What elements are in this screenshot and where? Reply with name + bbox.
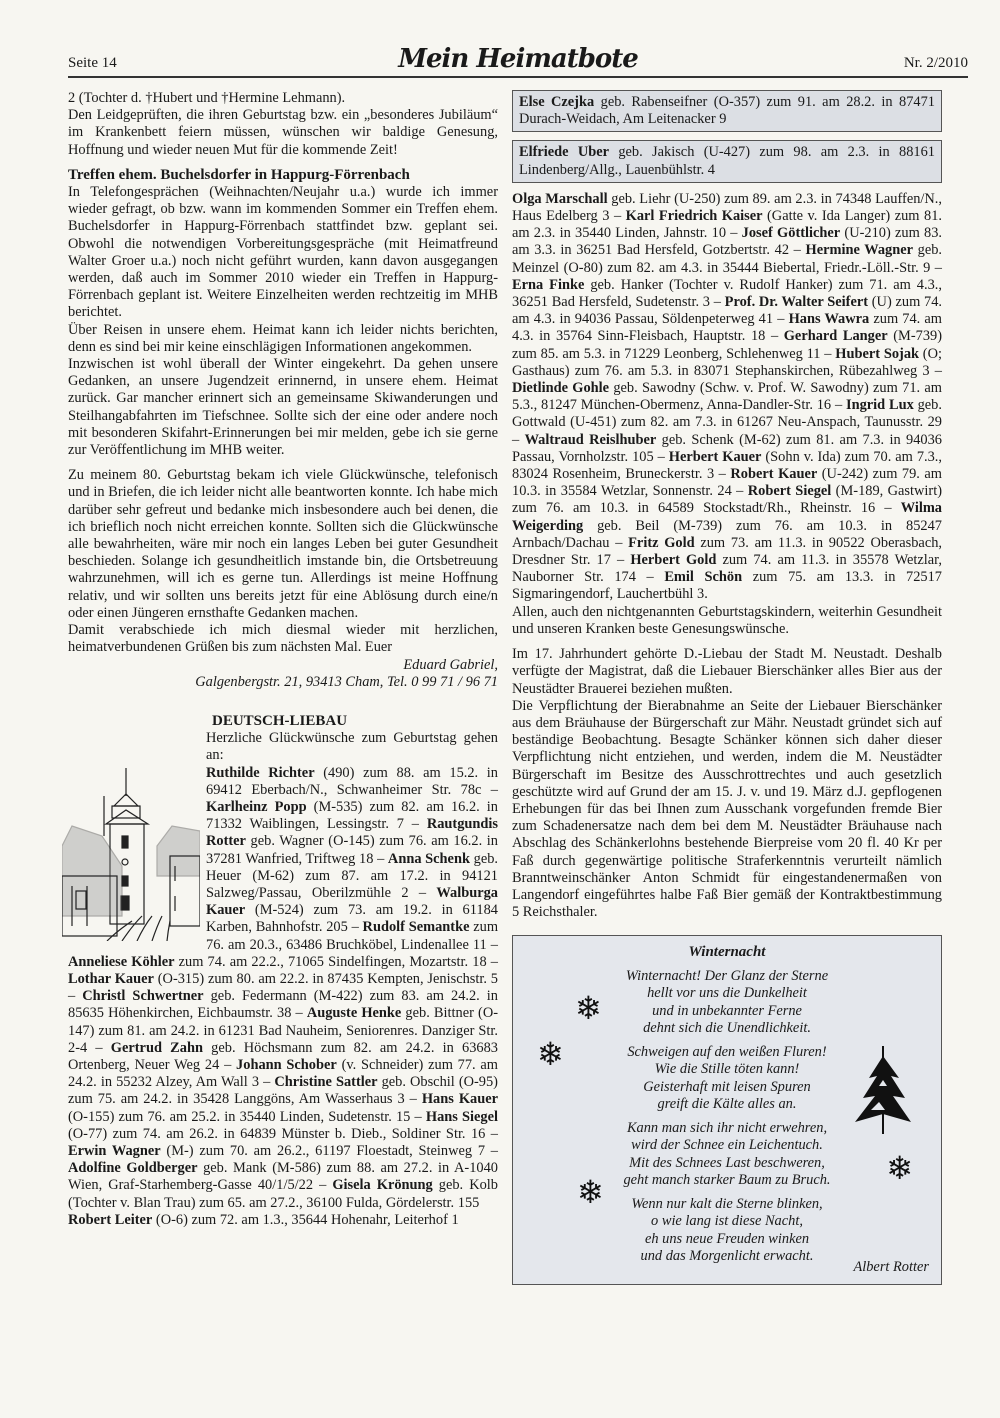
birthday-entry: Ruthilde Richter (490) zum 88. am 15.2. …	[206, 765, 498, 798]
highlight-box-1: Else Czejka geb. Rabenseifner (O-357) zu…	[512, 90, 942, 132]
birthday-paragraph-1: Zu meinem 80. Geburtstag bekam ich viele…	[68, 467, 498, 622]
treffen-paragraph-1: In Telefongesprächen (Weihnachten/Neujah…	[68, 184, 498, 322]
closing-wishes: Allen, auch den nichtgenannten Geburtsta…	[512, 604, 942, 638]
birthday-entry-last: Robert Leiter (O-6) zum 72. am 1.3., 356…	[68, 1212, 498, 1229]
treffen-paragraph-2: Über Reisen in unsere ehem. Heimat kann …	[68, 322, 498, 356]
wishes-text: Den Leidgeprüften, die ihren Geburtstag …	[68, 107, 498, 159]
intro-text: 2 (Tochter d. †Hubert und †Hermine Lehma…	[68, 90, 498, 107]
issue-number: Nr. 2/2010	[904, 55, 968, 72]
deutsch-liebau-intro: Herzliche Glückwünsche zum Geburtstag ge…	[68, 730, 498, 764]
poem-title: Winternacht	[523, 944, 931, 961]
church-illustration-icon	[62, 766, 200, 941]
page-header: Seite 14 Mein Heimatbote Nr. 2/2010	[68, 40, 968, 78]
snowflake-icon: ❄	[886, 1152, 913, 1184]
treffen-paragraph-3: Inzwischen ist wohl überall der Winter e…	[68, 356, 498, 459]
birthday-entry: Erwin Wagner (M-) zum 70. am 26.2., 6119…	[68, 1143, 498, 1159]
tree-icon	[849, 1046, 919, 1136]
treffen-heading: Treffen ehem. Buchelsdorfer in Happurg-F…	[68, 167, 498, 184]
snowflake-icon: ❄	[577, 1176, 604, 1208]
poem-author: Albert Rotter	[853, 1259, 929, 1276]
highlight-box-2: Elfriede Uber geb. Jakisch (U-427) zum 9…	[512, 140, 942, 182]
snowflake-icon: ❄	[575, 992, 602, 1024]
history-paragraph-2: Die Verpflichtung der Bierabnahme an Sei…	[512, 698, 942, 922]
page-number: Seite 14	[68, 55, 117, 72]
left-column: 2 (Tochter d. †Hubert und †Hermine Lehma…	[68, 90, 498, 1229]
signature-address: Galgenbergstr. 21, 93413 Cham, Tel. 0 99…	[68, 674, 498, 691]
deutsch-liebau-section: DEUTSCH-LIEBAU	[68, 713, 498, 1229]
poem-box: Winternacht Winternacht! Der Glanz der S…	[512, 935, 942, 1285]
history-paragraph-1: Im 17. Jahrhundert gehörte D.-Liebau der…	[512, 646, 942, 698]
birthday-entry: Anneliese Köhler zum 74. am 22.2., 71065…	[68, 954, 498, 970]
right-column: Else Czejka geb. Rabenseifner (O-357) zu…	[512, 90, 942, 1285]
signature-name: Eduard Gabriel,	[68, 657, 498, 674]
birthday-paragraph-2: Damit verabschiede ich mich diesmal wied…	[68, 622, 498, 656]
birthday-list-right: Olga Marschall geb. Liehr (U-250) zum 89…	[512, 191, 942, 604]
deutsch-liebau-heading: DEUTSCH-LIEBAU	[212, 713, 498, 730]
snowflake-icon: ❄	[537, 1038, 564, 1070]
masthead-title: Mein Heimatbote	[398, 44, 638, 74]
